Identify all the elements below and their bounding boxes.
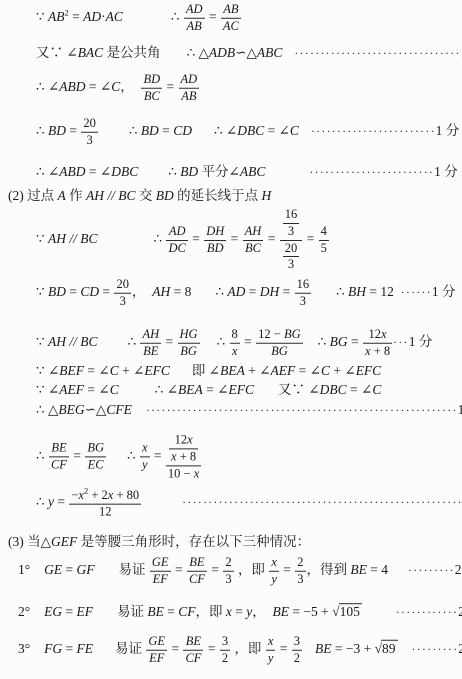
math-text: BE <box>189 555 204 569</box>
math-text: y <box>271 572 277 586</box>
math-text: AD <box>181 72 198 86</box>
text: ，即 <box>196 604 226 619</box>
fraction-numerator: x <box>266 635 276 650</box>
text: (2) 过点 <box>8 188 58 203</box>
text: 4 <box>321 224 327 238</box>
fraction-denominator: x <box>230 343 240 359</box>
text: 3 <box>86 133 92 147</box>
math-text: GF <box>77 562 95 577</box>
fraction-numerator: GE <box>146 635 167 650</box>
dot-leader: ········· <box>408 563 455 577</box>
math-text: BC <box>80 334 97 349</box>
fraction-denominator: 5 <box>319 240 329 256</box>
fraction: 32 <box>220 635 230 666</box>
text: = ∠ <box>86 79 112 94</box>
math-text: DBC <box>237 123 264 138</box>
text: ∴ <box>217 334 229 349</box>
math-text: x <box>268 634 274 648</box>
math-line-1: ∵ AB2 = AD·AC∴ ADAB = ABAC <box>36 3 242 34</box>
spacer <box>170 374 192 375</box>
radicand: 105 <box>339 603 362 619</box>
fraction: DHBD <box>204 225 226 256</box>
fraction-denominator: 3 <box>223 571 233 587</box>
text: ∴ ∠ <box>36 164 59 179</box>
spacer <box>123 20 171 21</box>
spacer <box>93 615 117 616</box>
fraction-denominator: y <box>140 457 150 473</box>
fraction-denominator: BC <box>141 88 162 104</box>
text: 12 <box>369 327 382 341</box>
text: ∴ ∠ <box>214 123 237 138</box>
text: 1 分 <box>458 402 462 417</box>
text: ∴ △ <box>187 45 209 60</box>
text: 2 分 <box>455 562 462 577</box>
fraction-numerator: 2 <box>295 556 305 571</box>
dot-leader: ········································… <box>146 403 458 417</box>
text: 20 <box>116 277 129 291</box>
spacer <box>161 56 187 57</box>
spacer <box>362 615 396 616</box>
math-text: ADB <box>209 45 235 60</box>
fraction: GEEF <box>150 556 171 587</box>
fraction: BECF <box>187 556 207 587</box>
fraction: ADDC <box>166 225 187 256</box>
math-text: C <box>110 382 119 397</box>
text: 是公共角 <box>103 45 160 60</box>
fraction-denominator: CF <box>183 650 203 666</box>
fraction-denominator: BG <box>178 343 200 359</box>
text: ∵ <box>36 9 48 24</box>
fraction: AHBE <box>140 328 161 359</box>
math-text: x <box>194 466 200 480</box>
dot-leader: ········································… <box>182 495 462 509</box>
math-text: GE <box>148 634 165 648</box>
math-text: BE <box>147 604 164 619</box>
fraction: 163 <box>295 278 312 309</box>
text: + ∠ <box>330 363 356 378</box>
math-text: EG <box>44 604 62 619</box>
text: 是等腰三角形时，存在以下三种情况： <box>77 534 310 549</box>
math-text: BC <box>118 188 135 203</box>
fraction: ADAB <box>184 3 205 34</box>
fraction-denominator: AB <box>184 18 205 34</box>
fraction-numerator: GE <box>150 556 171 571</box>
math-text: CF <box>185 651 201 665</box>
text: = <box>208 562 222 577</box>
text: 3 <box>225 572 231 586</box>
fraction-denominator: x + 8 <box>169 448 198 464</box>
math-text: AEF <box>271 363 296 378</box>
math-text: AH <box>152 284 170 299</box>
text: = <box>245 284 259 299</box>
text: 12 <box>175 432 188 446</box>
math-text: BEA <box>178 382 203 397</box>
text: 3 <box>288 224 294 238</box>
fraction: xy <box>269 556 279 587</box>
math-text: DBC <box>320 382 347 397</box>
math-text: // <box>66 334 80 349</box>
math-text: FE <box>77 641 94 656</box>
math-text: ABC <box>257 45 283 60</box>
spacer <box>98 242 154 243</box>
fraction-numerator: AB <box>221 3 241 18</box>
text: ∴ <box>128 334 140 349</box>
math-text: BE <box>51 441 66 455</box>
text: ， <box>132 284 152 299</box>
fraction: 203 <box>283 242 300 273</box>
math-text: CF <box>51 458 67 472</box>
math-text: BG <box>284 327 301 341</box>
fraction-denominator: 203 <box>280 240 303 273</box>
fraction: 45 <box>319 225 329 256</box>
fraction: 163 <box>283 208 300 239</box>
radicand: 89 <box>381 640 398 656</box>
fraction-denominator: EC <box>85 457 106 473</box>
text: ∵ ∠ <box>36 382 59 397</box>
text: = <box>62 641 76 656</box>
text: 易证 <box>117 604 147 619</box>
text: ∵ ∠ <box>36 363 59 378</box>
math-text: AD <box>83 9 101 24</box>
text: 8 <box>232 327 238 341</box>
math-text: GE <box>152 555 169 569</box>
fraction-numerator: HG <box>178 328 200 343</box>
fraction-numerator: 16 <box>295 278 312 293</box>
fraction: 12xx + 810 − x <box>166 433 201 480</box>
math-text: AEF <box>59 382 84 397</box>
text: ∴ <box>318 334 330 349</box>
fraction-numerator: 12 − BG <box>256 328 302 343</box>
fraction-numerator: AD <box>166 225 187 240</box>
text: ∽△ <box>85 402 107 417</box>
math-text: C <box>290 123 299 138</box>
spacer <box>30 573 44 574</box>
fraction-numerator: 8 <box>230 328 240 343</box>
text: = −3 + <box>332 641 375 656</box>
text: = <box>206 9 220 24</box>
math-text: BE <box>315 641 332 656</box>
text: 2 <box>225 555 231 569</box>
math-text: x <box>381 327 387 341</box>
text: ∴ <box>127 448 139 463</box>
fraction-denominator: 3 <box>295 571 305 587</box>
fraction-denominator: AB <box>179 88 200 104</box>
math-line-11: ∵ ∠AEF = ∠C∴ ∠BEA = ∠EFC又∵ ∠DBC = ∠C <box>36 381 381 399</box>
text: = <box>99 284 113 299</box>
fraction-numerator: 20 <box>114 278 131 293</box>
math-text: GE <box>44 562 62 577</box>
spacer <box>93 652 115 653</box>
fraction-numerator: AH <box>243 225 264 240</box>
fraction-denominator: 3 <box>283 256 300 272</box>
math-text: GEF <box>51 534 77 549</box>
text: 又∵ ∠ <box>278 382 320 397</box>
text: 3 <box>222 634 228 648</box>
text: 2 <box>222 651 228 665</box>
fraction-denominator: CF <box>49 457 69 473</box>
math-text: AH <box>48 334 66 349</box>
text: 5 <box>321 241 327 255</box>
math-text: BD <box>180 164 198 179</box>
fraction: ADAB <box>179 73 200 104</box>
fraction: HGBG <box>178 328 200 359</box>
math-text: BD <box>207 241 224 255</box>
text: 12 − <box>258 327 284 341</box>
fraction-denominator: AC <box>221 18 241 34</box>
text: 平分∠ <box>198 164 240 179</box>
text: 12 <box>99 505 112 519</box>
math-text: C <box>110 363 119 378</box>
dot-leader: ························ <box>309 165 434 179</box>
fraction: 32 <box>292 635 302 666</box>
text: = <box>276 641 290 656</box>
math-line-18: 3°FG = FE易证 GEEF = BECF = 32 ，即 xy = 32B… <box>18 635 462 666</box>
math-text: BE <box>273 604 290 619</box>
fraction-numerator: 3 <box>292 635 302 650</box>
fraction-numerator: 20 <box>283 242 300 257</box>
text: = <box>172 562 186 577</box>
fraction-denominator: BE <box>140 343 161 359</box>
spacer <box>192 134 214 135</box>
math-text: AB <box>48 9 65 24</box>
math-line-9: ∵ AH // BC∴ AHBE = HGBG∴ 8x = 12 − BGBG∴… <box>36 328 432 359</box>
fraction-numerator: BE <box>187 556 207 571</box>
math-text: BG <box>180 344 197 358</box>
fraction-numerator: AD <box>179 73 200 88</box>
fraction: 12xx + 8 <box>169 433 198 464</box>
spacer <box>201 345 217 346</box>
fraction: 203 <box>81 117 98 148</box>
spacer <box>30 652 44 653</box>
fraction: 8x <box>230 328 240 359</box>
fraction-numerator: 3 <box>220 635 230 650</box>
text: = <box>232 604 246 619</box>
fraction-numerator: 2 <box>223 556 233 571</box>
math-text: AC <box>106 9 123 24</box>
math-text: C <box>111 79 120 94</box>
math-text: AB <box>223 2 238 16</box>
math-text: AD <box>186 2 203 16</box>
text: 2° <box>18 604 30 619</box>
fraction-numerator: 163 <box>280 208 303 240</box>
text: = <box>163 79 177 94</box>
fraction: 23 <box>295 556 305 587</box>
math-line-6: (2) 过点 A 作 AH // BC 交 BD 的延长线于点 H <box>8 187 271 205</box>
math-text: x <box>232 344 238 358</box>
math-text: AD <box>169 224 186 238</box>
math-solution-document: ∵ AB2 = AD·AC∴ ADAB = ABAC又∵ ∠BAC 是公共角∴ … <box>0 0 462 679</box>
text: ∴ <box>168 164 180 179</box>
spacer <box>107 459 127 460</box>
text: 1 分 <box>409 334 433 349</box>
text: = ∠ <box>84 363 110 378</box>
text: ∴ <box>36 448 48 463</box>
text: ∽△ <box>235 45 257 60</box>
math-text: AH <box>86 188 104 203</box>
math-text: // <box>104 188 118 203</box>
math-text: // <box>66 231 80 246</box>
math-text: AH <box>142 327 159 341</box>
text: = <box>264 231 278 246</box>
math-line-14: ∴ y = −x2 + 2x + 8012···················… <box>36 487 462 520</box>
text: 16 <box>297 277 310 291</box>
fraction-numerator: 12xx + 8 <box>166 433 201 465</box>
fraction: 12 − BGBG <box>256 328 302 359</box>
math-text: x <box>187 432 193 446</box>
fraction-numerator: 4 <box>319 225 329 240</box>
fraction-denominator: 12 <box>69 504 141 520</box>
math-text: H <box>262 188 272 203</box>
fraction-numerator: BG <box>85 442 106 457</box>
text: 3° <box>18 641 30 656</box>
spacer <box>303 652 315 653</box>
text: ∴ <box>171 9 183 24</box>
math-text: BEA <box>220 363 245 378</box>
math-text: CD <box>80 284 99 299</box>
text: ∴ <box>36 494 48 509</box>
math-text: BE <box>143 344 158 358</box>
spacer <box>388 573 408 574</box>
math-text: DBC <box>111 164 138 179</box>
text: ∴ △ <box>36 402 58 417</box>
math-text: BAC <box>78 45 104 60</box>
text: 3 <box>120 294 126 308</box>
fraction: BGEC <box>85 442 106 473</box>
math-text: AH <box>48 231 66 246</box>
spacer <box>98 345 128 346</box>
text: ∴ <box>129 123 141 138</box>
fraction-denominator: DC <box>166 240 187 256</box>
text: = <box>66 284 80 299</box>
fraction: 23 <box>223 556 233 587</box>
math-text: BH <box>348 284 366 299</box>
math-text: EC <box>88 458 104 472</box>
fraction: BECF <box>183 635 203 666</box>
spacer <box>282 56 294 57</box>
math-text: DH <box>206 224 224 238</box>
text: 3 <box>294 634 300 648</box>
dot-leader: ········· <box>412 642 459 656</box>
text: = 4 <box>367 562 388 577</box>
math-text: CF <box>178 604 195 619</box>
math-text: EFC <box>356 363 382 378</box>
math-text: AB <box>181 89 196 103</box>
text: = <box>279 284 293 299</box>
math-text: DH <box>260 284 280 299</box>
text: 20 <box>83 116 96 130</box>
text: 2 分 <box>458 604 462 619</box>
text: = <box>280 562 294 577</box>
text: = <box>159 123 173 138</box>
text: = <box>62 562 76 577</box>
fraction-denominator: 3 <box>283 223 300 239</box>
math-text: EFC <box>144 363 170 378</box>
math-text: x <box>142 441 148 455</box>
text: + ∠ <box>119 363 145 378</box>
math-text: ABD <box>59 164 85 179</box>
fraction-numerator: DH <box>204 225 226 240</box>
text: 10 − <box>168 466 194 480</box>
math-text: x <box>271 555 277 569</box>
text: = ∠ <box>264 123 290 138</box>
text: = <box>168 641 182 656</box>
fraction-denominator: 3 <box>81 132 98 148</box>
math-text: BEG <box>58 402 84 417</box>
fraction-numerator: 16 <box>283 208 300 223</box>
text: = ∠ <box>295 363 321 378</box>
spacer <box>132 413 146 414</box>
math-text: C <box>321 363 330 378</box>
math-line-2: 又∵ ∠BAC 是公共角∴ △ADB∽△ABC·················… <box>36 44 462 62</box>
spacer <box>265 175 309 176</box>
math-text: BD <box>156 188 174 203</box>
text: 的延长线于点 <box>174 188 262 203</box>
text: = <box>54 494 68 509</box>
dot-leader: ············ <box>396 605 458 619</box>
dot-leader: ··· <box>393 335 409 349</box>
math-line-15: (3) 当△GEF 是等腰三角形时，存在以下三种情况： <box>8 533 310 551</box>
text: 1° <box>18 562 30 577</box>
fraction-numerator: x <box>140 442 150 457</box>
fraction: 12xx + 8 <box>363 328 392 359</box>
fraction-numerator: BE <box>183 635 203 650</box>
text: ∵ <box>36 334 48 349</box>
text: = 12 <box>366 284 401 299</box>
spacer <box>312 295 336 296</box>
spacer <box>99 134 129 135</box>
fraction-denominator: 2 <box>220 650 230 666</box>
text: ∴ <box>336 284 348 299</box>
math-text: AC <box>223 19 239 33</box>
text: = <box>70 448 84 463</box>
text: ∵ <box>36 284 48 299</box>
math-text: BE <box>350 562 367 577</box>
text: = <box>204 641 218 656</box>
text: = <box>348 334 362 349</box>
text: = ∠ <box>84 382 110 397</box>
fraction-denominator: 10 − x <box>166 465 201 481</box>
math-line-16: 1°GE = GF易证 GEEF = BECF = 23 ，即 xy = 23，… <box>18 556 462 587</box>
fraction: BDBC <box>141 73 162 104</box>
text: 即 ∠ <box>192 363 220 378</box>
fraction-numerator: AD <box>184 3 205 18</box>
text: ∴ ∠ <box>155 382 178 397</box>
fraction-numerator: 12x <box>363 328 392 343</box>
fraction-denominator: 2 <box>292 650 302 666</box>
math-text: ABD <box>59 79 85 94</box>
text: ∴ <box>154 231 166 246</box>
math-text: C <box>372 382 381 397</box>
spacer <box>299 134 311 135</box>
text: (3) 当△ <box>8 534 51 549</box>
math-line-13: ∴ BECF = BGEC∴ xy = 12xx + 810 − x <box>36 433 202 480</box>
math-text: EF <box>77 604 94 619</box>
spacer <box>142 505 182 506</box>
text: + 8 <box>177 449 197 463</box>
math-text: CF <box>189 572 205 586</box>
text: = <box>189 231 203 246</box>
text: = ∠ <box>86 164 112 179</box>
text: 3 <box>300 294 306 308</box>
fraction-denominator: BD <box>204 240 226 256</box>
math-text: BC <box>80 231 97 246</box>
text: 20 <box>285 241 298 255</box>
math-text: CD <box>173 123 192 138</box>
fraction: BECF <box>49 442 69 473</box>
math-text: BG <box>87 441 104 455</box>
math-text: BE <box>186 634 201 648</box>
text: 2 分 <box>458 641 462 656</box>
